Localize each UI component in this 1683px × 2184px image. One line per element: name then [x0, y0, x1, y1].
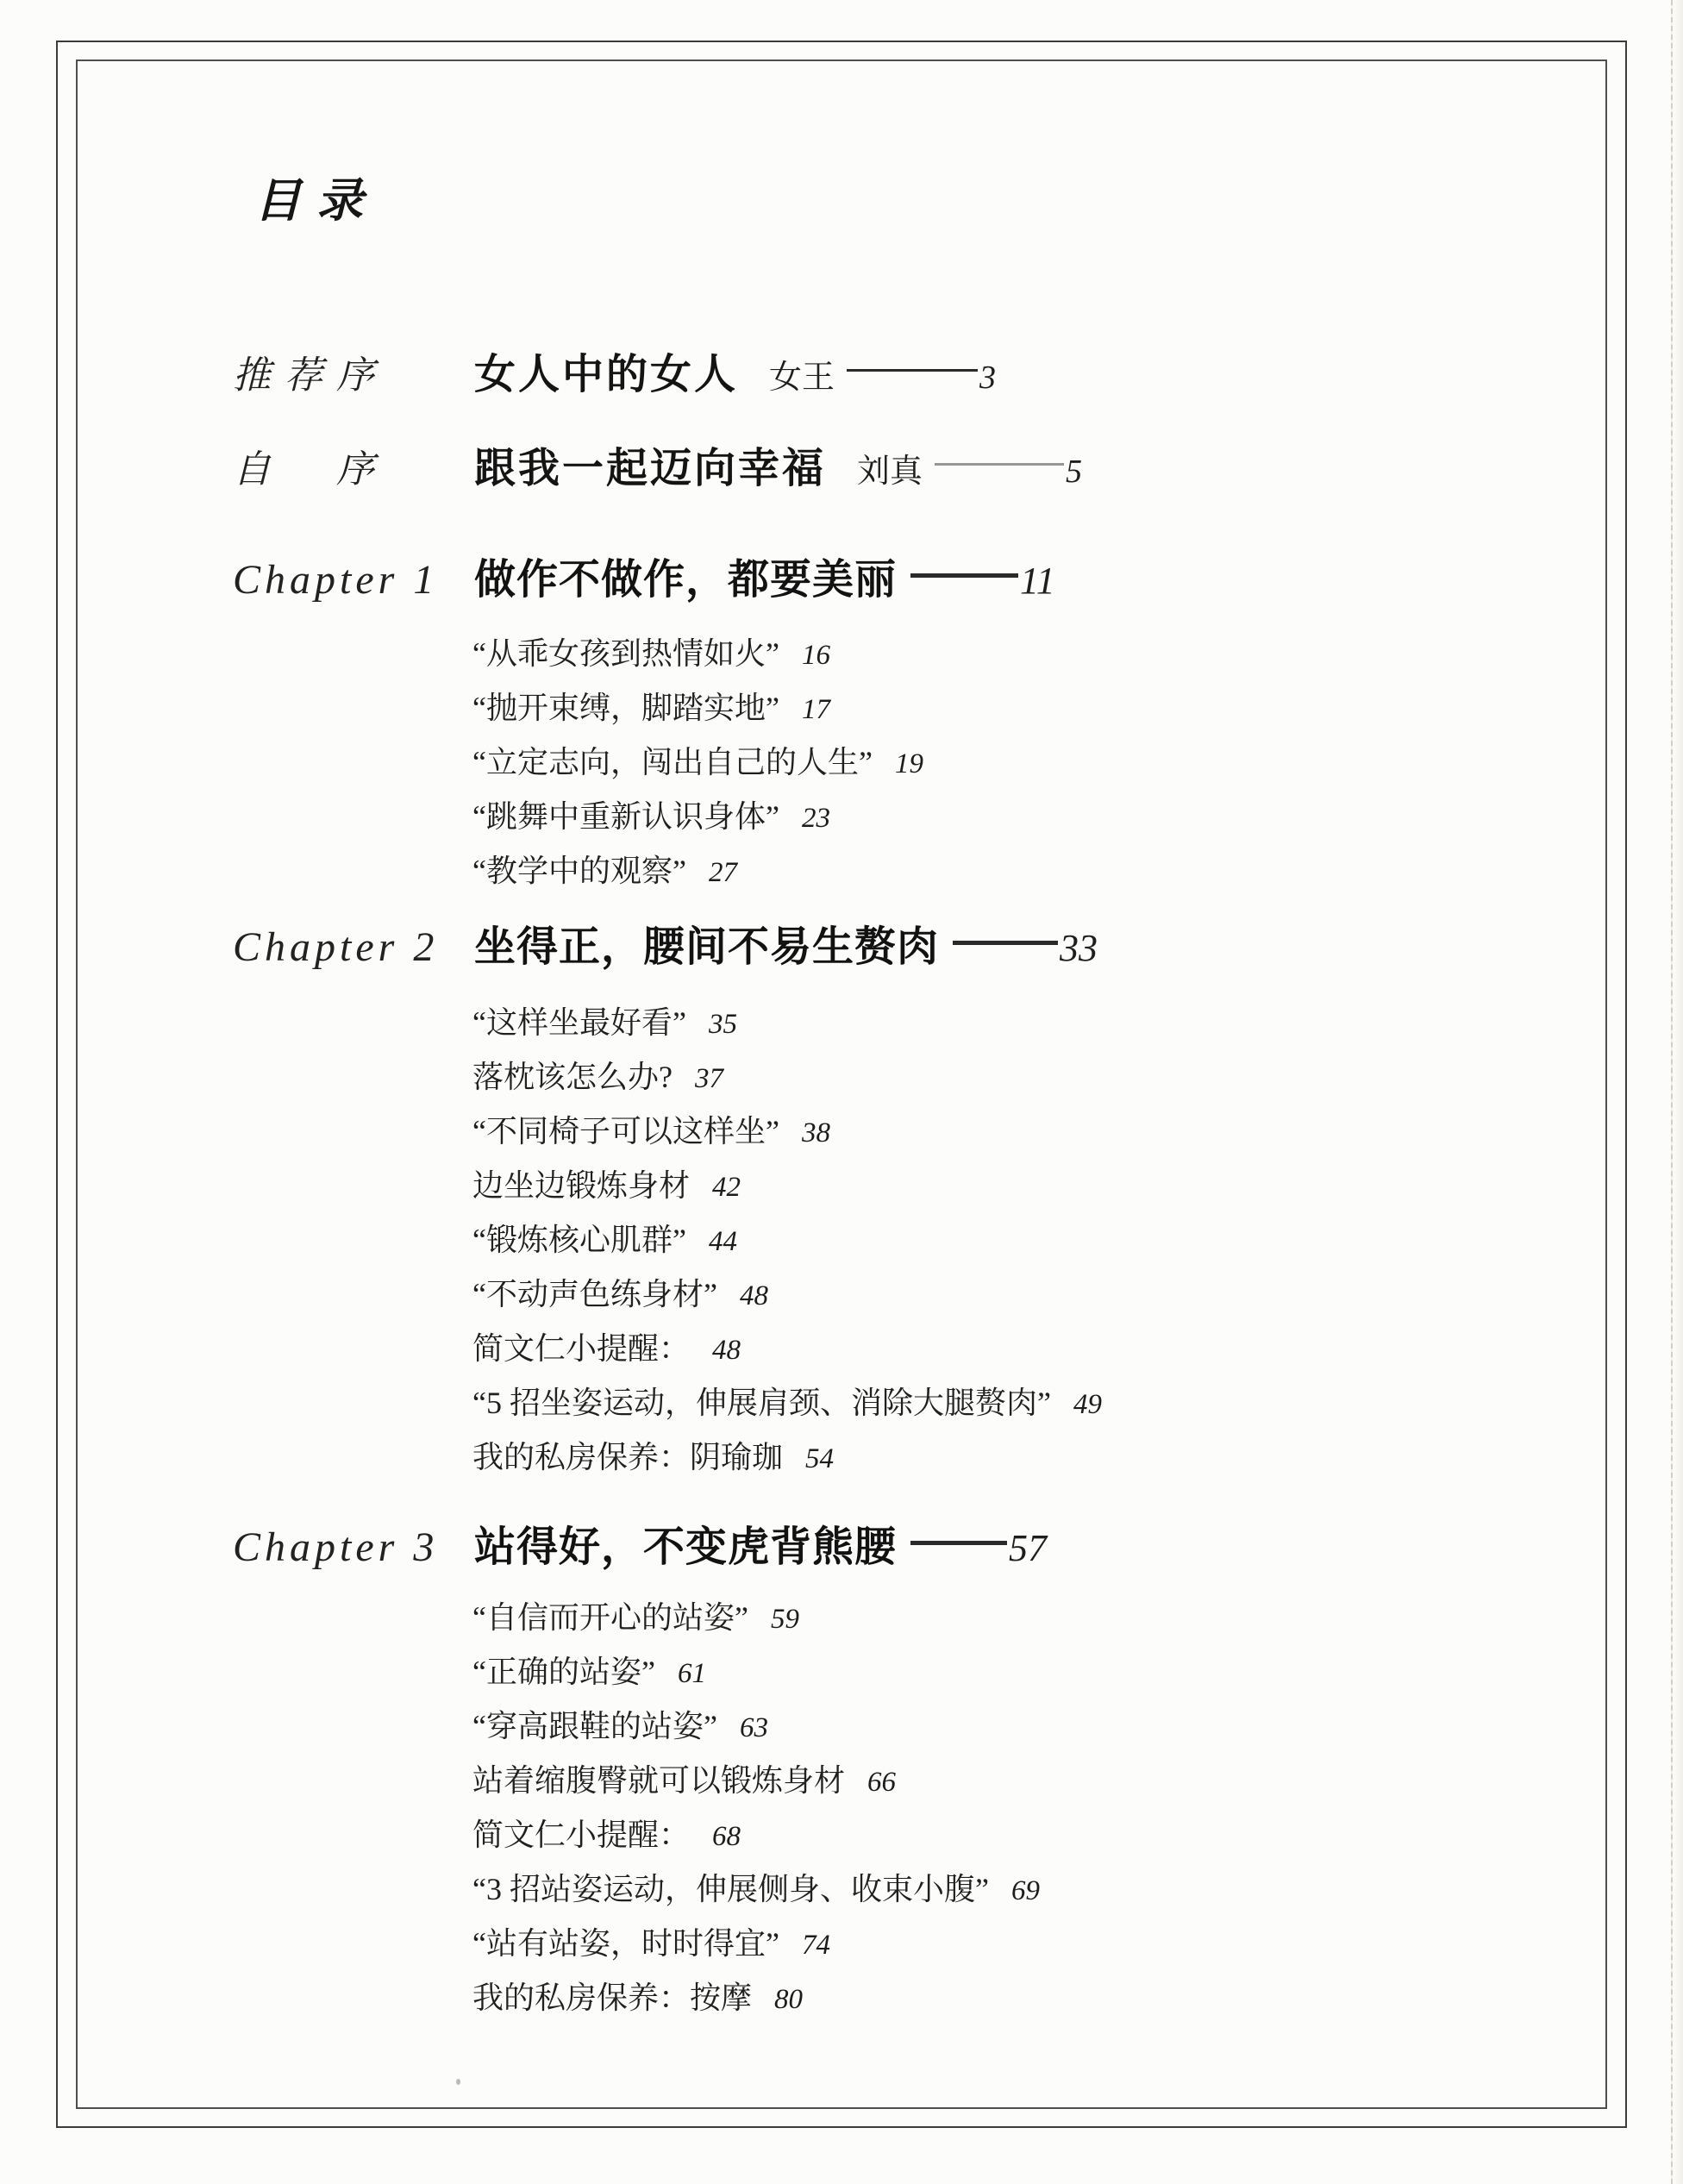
item-text: “3 招站姿运动，伸展侧身、收束小腹” — [472, 1862, 989, 1917]
chapter-page-number: 57 — [1009, 1526, 1047, 1570]
item-page-number: 16 — [802, 629, 830, 683]
toc-chapter-1-items: “从乖女孩到热情如火” 16 “抛开束缚，脚踏实地” 17 “立定志向，闯出自己… — [472, 627, 1601, 898]
item-page-number: 17 — [802, 683, 830, 737]
item-text: “自信而开心的站姿” — [472, 1591, 748, 1645]
item-text: 边坐边锻炼身材 — [472, 1159, 690, 1213]
toc-item: 简文仁小提醒： 48 — [472, 1322, 1601, 1376]
toc-item: “跳舞中重新认识身体” 23 — [472, 790, 1601, 844]
item-text: “教学中的观察” — [472, 844, 686, 898]
item-text: “这样坐最好看” — [472, 996, 686, 1050]
toc-entry-self-preface: 自 序 跟我一起迈向幸福 刘真 5 — [233, 435, 1601, 494]
toc-item: “教学中的观察” 27 — [472, 844, 1601, 898]
item-page-number: 27 — [709, 846, 737, 900]
toc-chapter-2-heading: Chapter 2 坐得正，腰间不易生赘肉 33 — [233, 913, 1601, 973]
item-text: “跳舞中重新认识身体” — [472, 790, 779, 844]
entry-author: 刘真 — [857, 444, 923, 491]
item-text: “不动声色练身材” — [472, 1267, 717, 1322]
item-page-number: 49 — [1073, 1378, 1102, 1432]
item-page-number: 66 — [867, 1755, 896, 1810]
toc-chapter-3-heading: Chapter 3 站得好，不变虎背熊腰 57 — [233, 1513, 1601, 1573]
item-text: “穿高跟鞋的站姿” — [472, 1699, 717, 1754]
scan-speck — [456, 2079, 460, 2085]
item-text: 简文仁小提醒： — [472, 1808, 690, 1862]
item-page-number: 74 — [802, 1918, 830, 1973]
toc-item: “穿高跟鞋的站姿” 63 — [472, 1699, 1601, 1754]
item-page-number: 48 — [712, 1324, 741, 1378]
item-page-number: 37 — [695, 1052, 723, 1106]
toc-item: 简文仁小提醒： 68 — [472, 1808, 1601, 1862]
item-text: 简文仁小提醒： — [472, 1322, 690, 1376]
leader-dash — [910, 1541, 1007, 1545]
toc-item: 边坐边锻炼身材 42 — [472, 1159, 1601, 1213]
scan-page-edge — [1671, 0, 1683, 2184]
book-page: 目录 推荐序 女人中的女人 女王 3 自 序 跟我一起迈向幸福 刘真 5 Cha… — [0, 0, 1683, 2184]
item-text: 我的私房保养：阴瑜珈 — [472, 1430, 783, 1485]
chapter-title: 站得好，不变虎背熊腰 — [474, 1513, 897, 1573]
entry-title: 跟我一起迈向幸福 — [474, 435, 826, 494]
toc-entry-recommended-preface: 推荐序 女人中的女人 女王 3 — [233, 341, 1601, 400]
toc-title: 目录 — [254, 164, 379, 230]
item-page-number: 69 — [1011, 1864, 1040, 1918]
item-text: “站有站姿，时时得宜” — [472, 1917, 779, 1971]
toc-item: “锻炼核心肌群” 44 — [472, 1213, 1601, 1267]
item-page-number: 19 — [895, 737, 923, 792]
item-text: “5 招坐姿运动，伸展肩颈、消除大腿赘肉” — [472, 1376, 1051, 1430]
item-text: “锻炼核心肌群” — [472, 1213, 686, 1267]
toc-item: “从乖女孩到热情如火” 16 — [472, 627, 1601, 681]
item-page-number: 54 — [805, 1432, 834, 1486]
item-text: “从乖女孩到热情如火” — [472, 627, 779, 681]
chapter-title: 做作不做作，都要美丽 — [474, 546, 897, 605]
item-text: 落枕该怎么办? — [472, 1050, 673, 1105]
item-text: “正确的站姿” — [472, 1645, 655, 1699]
entry-author: 女王 — [769, 350, 835, 397]
item-text: “立定志向，闯出自己的人生” — [472, 735, 873, 790]
toc-chapter-1-heading: Chapter 1 做作不做作，都要美丽 11 — [233, 546, 1601, 605]
item-text: 我的私房保养：按摩 — [472, 1971, 752, 2025]
item-text: “抛开束缚，脚踏实地” — [472, 681, 779, 735]
leader-dash — [935, 463, 1064, 466]
item-page-number: 63 — [740, 1701, 768, 1755]
toc-item: “不同椅子可以这样坐” 38 — [472, 1105, 1601, 1159]
entry-page-number: 5 — [1066, 453, 1082, 491]
item-page-number: 38 — [802, 1106, 830, 1161]
toc-item: “站有站姿，时时得宜” 74 — [472, 1917, 1601, 1971]
toc-item: “不动声色练身材” 48 — [472, 1267, 1601, 1322]
item-page-number: 61 — [678, 1647, 706, 1701]
item-text: 站着缩腹臀就可以锻炼身材 — [472, 1754, 845, 1808]
toc-item: 落枕该怎么办? 37 — [472, 1050, 1601, 1105]
leader-dash — [847, 369, 978, 372]
chapter-label: Chapter 3 — [233, 1524, 474, 1571]
entry-label: 推荐序 — [233, 344, 474, 399]
item-text: “不同椅子可以这样坐” — [472, 1105, 779, 1159]
toc-item: “这样坐最好看” 35 — [472, 996, 1601, 1050]
item-page-number: 23 — [802, 792, 830, 846]
toc-chapter-3-items: “自信而开心的站姿” 59 “正确的站姿” 61 “穿高跟鞋的站姿” 63 站着… — [472, 1591, 1601, 2025]
chapter-page-number: 33 — [1060, 926, 1098, 970]
item-page-number: 80 — [774, 1973, 803, 2027]
toc-item: “5 招坐姿运动，伸展肩颈、消除大腿赘肉” 49 — [472, 1376, 1601, 1430]
toc-item: “正确的站姿” 61 — [472, 1645, 1601, 1699]
leader-dash — [910, 573, 1018, 578]
toc-chapter-2-items: “这样坐最好看” 35 落枕该怎么办? 37 “不同椅子可以这样坐” 38 边坐… — [472, 996, 1601, 1485]
toc-item: “3 招站姿运动，伸展侧身、收束小腹” 69 — [472, 1862, 1601, 1917]
toc-item: “自信而开心的站姿” 59 — [472, 1591, 1601, 1645]
item-page-number: 44 — [709, 1215, 737, 1269]
entry-page-number: 3 — [979, 359, 996, 397]
item-page-number: 48 — [740, 1269, 768, 1324]
entry-label: 自 序 — [233, 438, 474, 493]
toc-item: “抛开束缚，脚踏实地” 17 — [472, 681, 1601, 735]
chapter-page-number: 11 — [1020, 559, 1055, 603]
item-page-number: 68 — [712, 1810, 741, 1864]
toc-item: 我的私房保养：阴瑜珈 54 — [472, 1430, 1601, 1485]
toc-item: “立定志向，闯出自己的人生” 19 — [472, 735, 1601, 790]
item-page-number: 35 — [709, 998, 737, 1052]
toc-item: 站着缩腹臀就可以锻炼身材 66 — [472, 1754, 1601, 1808]
chapter-label: Chapter 1 — [233, 556, 474, 604]
chapter-title: 坐得正，腰间不易生赘肉 — [474, 913, 939, 973]
item-page-number: 59 — [771, 1593, 799, 1647]
chapter-label: Chapter 2 — [233, 923, 474, 971]
toc-item: 我的私房保养：按摩 80 — [472, 1971, 1601, 2025]
entry-title: 女人中的女人 — [474, 341, 738, 400]
item-page-number: 42 — [712, 1161, 741, 1215]
leader-dash — [953, 941, 1058, 945]
